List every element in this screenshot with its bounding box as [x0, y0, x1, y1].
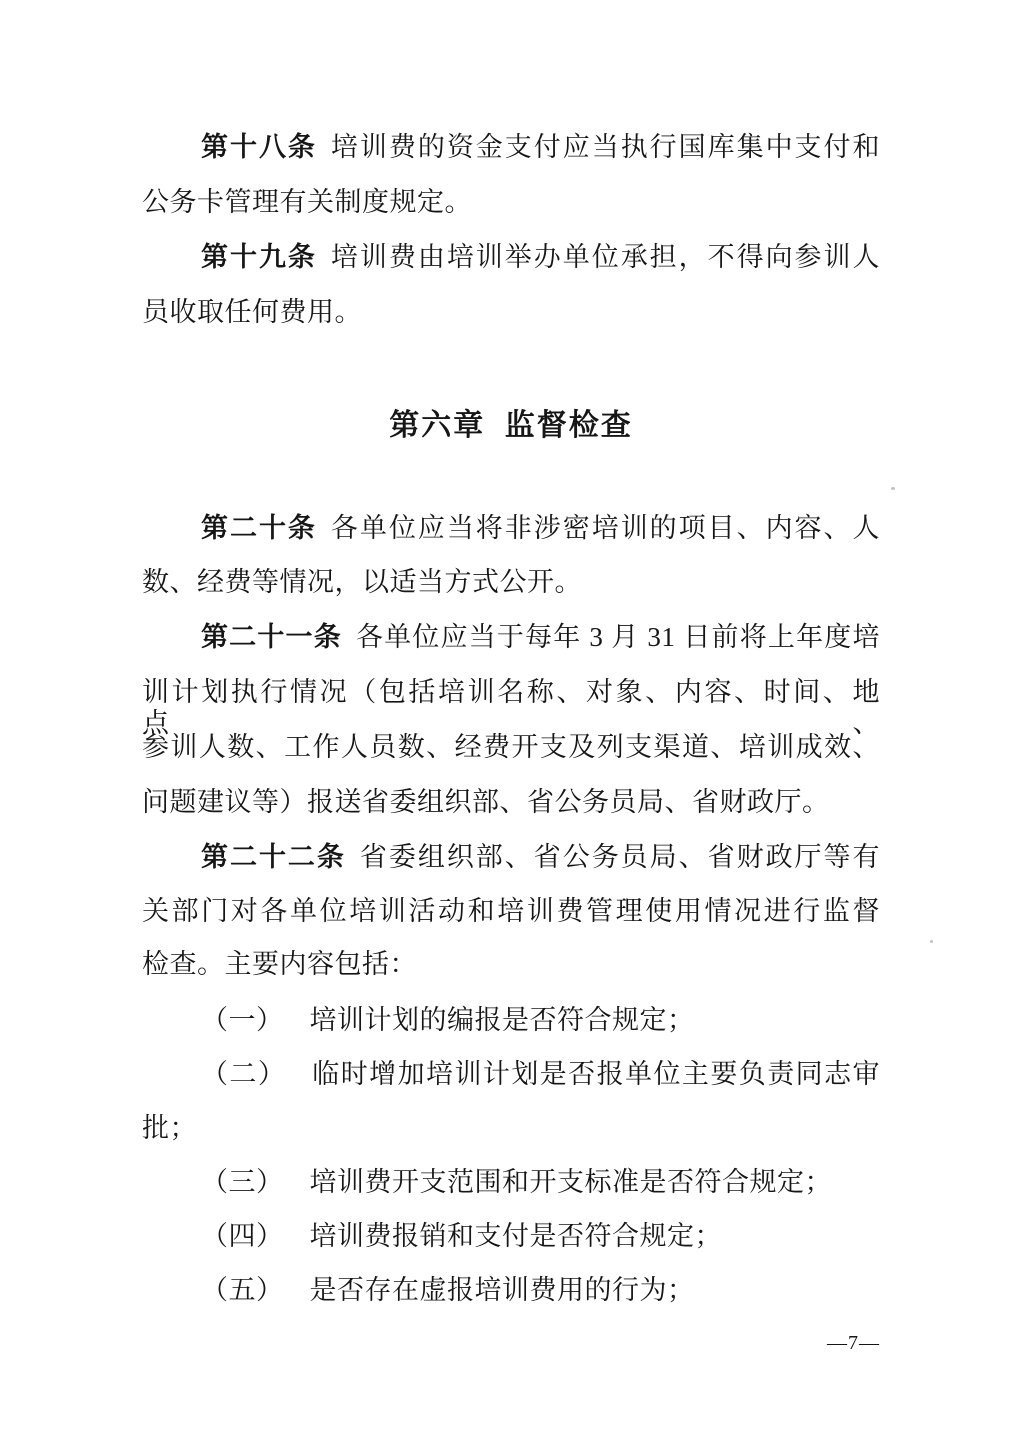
body-text: 检查。主要内容包括： [142, 949, 417, 979]
document-page: 第十八条培训费的资金支付应当执行国库集中支付和 公务卡管理有关制度规定。 第十九… [0, 0, 1024, 1454]
body-text: 培训费报销和支付是否符合规定； [310, 1221, 723, 1251]
body-line: 数、经费等情况，以适当方式公开。 [142, 567, 880, 598]
article-number: 第十九条 [201, 242, 317, 272]
article-number: 第二十条 [201, 513, 317, 543]
body-text: 关部门对各单位培训活动和培训费管理使用情况进行监督 [142, 896, 880, 926]
list-item: （二）临时增加培训计划是否报单位主要负责同志审 [142, 1059, 880, 1090]
body-text: 参训人数、工作人员数、经费开支及列支渠道、培训成效、 [142, 732, 880, 762]
body-text: 各单位应当将非涉密培训的项目、内容、人 [331, 513, 880, 543]
body-line: 第二十一条各单位应当于每年 3 月 31 日前将上年度培 [142, 622, 880, 653]
item-number: （五） [201, 1275, 284, 1305]
article-number: 第二十二条 [201, 842, 346, 872]
list-item: （四）培训费报销和支付是否符合规定； [142, 1221, 880, 1252]
item-number: （一） [201, 1005, 284, 1035]
body-line: 问题建议等）报送省委组织部、省公务员局、省财政厅。 [142, 787, 880, 818]
body-line: 第十八条培训费的资金支付应当执行国库集中支付和 [142, 132, 880, 163]
body-line: 第二十二条省委组织部、省公务员局、省财政厅等有 [142, 842, 880, 873]
item-number: （四） [201, 1221, 284, 1251]
item-number: （三） [201, 1167, 284, 1197]
body-text: 数、经费等情况，以适当方式公开。 [142, 567, 582, 597]
body-line: 检查。主要内容包括： [142, 949, 880, 980]
page-number: —7— [142, 1332, 880, 1355]
body-line: 员收取任何费用。 [142, 297, 880, 328]
body-text: 公务卡管理有关制度规定。 [142, 187, 472, 217]
body-line: 第十九条培训费由培训举办单位承担，不得向参训人 [142, 242, 880, 273]
list-item: （一）培训计划的编报是否符合规定； [142, 1005, 880, 1036]
body-text: 培训费的资金支付应当执行国库集中支付和 [331, 132, 880, 162]
body-line: 公务卡管理有关制度规定。 [142, 187, 880, 218]
body-text: 培训费开支范围和开支标准是否符合规定； [310, 1167, 833, 1197]
body-text: 训计划执行情况（包括培训名称、对象、内容、时间、地点、 [142, 677, 880, 738]
scan-speck [930, 940, 933, 943]
item-number: （二） [201, 1059, 286, 1089]
body-text: 员收取任何费用。 [142, 297, 362, 327]
body-line: 关部门对各单位培训活动和培训费管理使用情况进行监督 [142, 896, 880, 927]
article-number: 第二十一条 [201, 622, 342, 652]
body-text: 批； [142, 1113, 197, 1143]
chapter-heading: 第六章 监督检查 [142, 400, 880, 444]
article-number: 第十八条 [201, 132, 317, 162]
body-text: 问题建议等）报送省委组织部、省公务员局、省财政厅。 [142, 787, 830, 817]
body-text: 临时增加培训计划是否报单位主要负责同志审 [312, 1059, 880, 1089]
list-item: （三）培训费开支范围和开支标准是否符合规定； [142, 1167, 880, 1198]
body-line: 训计划执行情况（包括培训名称、对象、内容、时间、地点、 [142, 677, 880, 739]
body-text: 培训计划的编报是否符合规定； [310, 1005, 695, 1035]
body-text: 培训费由培训举办单位承担，不得向参训人 [331, 242, 880, 272]
body-line: 参训人数、工作人员数、经费开支及列支渠道、培训成效、 [142, 732, 880, 763]
scan-speck [891, 487, 895, 490]
body-text: 省委组织部、省公务员局、省财政厅等有 [360, 842, 880, 872]
body-line: 批； [142, 1113, 880, 1144]
body-line: 第二十条各单位应当将非涉密培训的项目、内容、人 [142, 513, 880, 544]
body-text: 是否存在虚报培训费用的行为； [310, 1275, 695, 1305]
body-text: 各单位应当于每年 3 月 31 日前将上年度培 [356, 622, 880, 652]
list-item: （五）是否存在虚报培训费用的行为； [142, 1275, 880, 1306]
